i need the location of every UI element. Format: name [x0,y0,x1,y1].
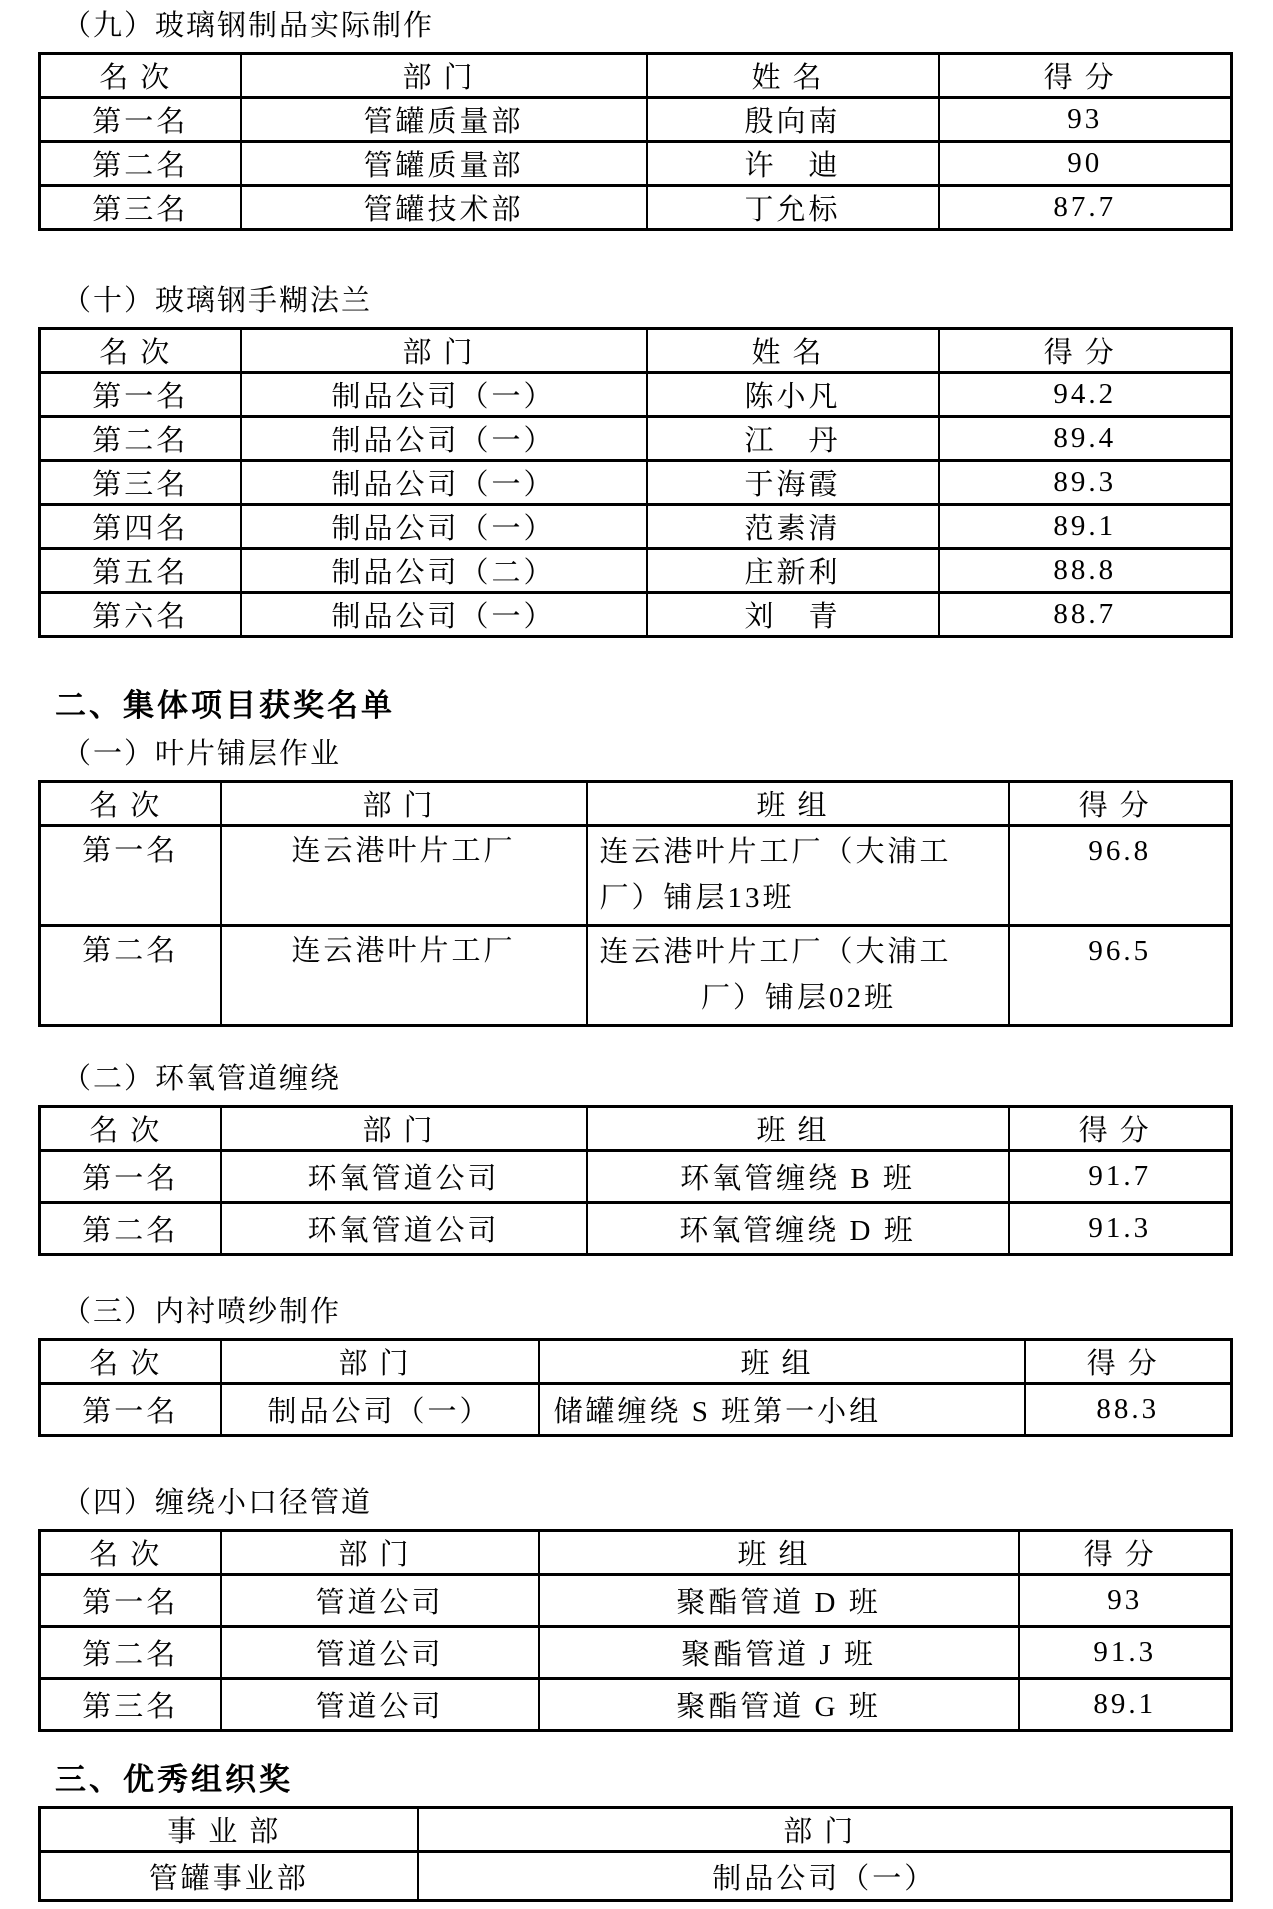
section-c3-title: （三）内衬喷纱制作 [62,1294,1273,1330]
cell-dept: 制品公司（一） [418,1852,1232,1901]
section-c4-title: （四）缠绕小口径管道 [62,1485,1273,1521]
cell-rank: 第一名 [40,373,241,417]
cell-dept: 管罐技术部 [241,186,647,230]
cell-score: 89.1 [1019,1679,1232,1731]
cell-dept: 制品公司（一） [241,417,647,461]
group-line: 连云港叶片工厂（大浦工 [600,829,998,875]
collective-awards-heading: 二、集体项目获奖名单 [55,686,1273,726]
table-row: 第三名 管道公司 聚酯管道 G 班 89.1 [40,1679,1232,1731]
column-header-score: 得分 [939,329,1232,373]
table-row: 第一名 连云港叶片工厂 连云港叶片工厂（大浦工 厂）铺层13班 96.8 [40,826,1232,926]
cell-dept: 制品公司（一） [241,593,647,637]
table-header-row: 名次 部门 姓名 得分 [40,329,1232,373]
table-blade-layup: 名次 部门 班组 得分 第一名 连云港叶片工厂 连云港叶片工厂（大浦工 厂）铺层… [38,780,1233,1027]
column-header-dept: 部门 [221,1531,539,1575]
table-row: 第三名 制品公司（一） 于海霞 89.3 [40,461,1232,505]
cell-rank: 第二名 [40,142,241,186]
column-header-score: 得分 [1019,1531,1232,1575]
column-header-score: 得分 [1025,1340,1232,1384]
cell-score: 89.4 [939,417,1232,461]
cell-rank: 第一名 [40,1151,221,1203]
cell-name: 陈小凡 [647,373,939,417]
cell-rank: 第四名 [40,505,241,549]
column-header-group: 班组 [587,1107,1009,1151]
table-epoxy-pipe-winding: 名次 部门 班组 得分 第一名 环氧管道公司 环氧管缠绕 B 班 91.7 第二… [38,1105,1233,1256]
cell-rank: 第二名 [40,1627,221,1679]
cell-score: 88.3 [1025,1384,1232,1436]
cell-dept: 制品公司（一） [241,461,647,505]
cell-group: 环氧管缠绕 B 班 [587,1151,1009,1203]
table-row: 第五名 制品公司（二） 庄新利 88.8 [40,549,1232,593]
table-frp-product-making: 名次 部门 姓名 得分 第一名 管罐质量部 殷向南 93 第二名 管罐质量部 许… [38,52,1233,231]
column-header-score: 得分 [939,54,1232,98]
cell-rank: 第二名 [40,417,241,461]
document-page: （九）玻璃钢制品实际制作 名次 部门 姓名 得分 第一名 管罐质量部 殷向南 9… [0,0,1273,1902]
cell-rank: 第五名 [40,549,241,593]
column-header-dept: 部门 [221,1107,587,1151]
organization-award-heading: 三、优秀组织奖 [55,1760,1273,1800]
column-header-rank: 名次 [40,782,221,826]
table-lining-spray: 名次 部门 班组 得分 第一名 制品公司（一） 储罐缠绕 S 班第一小组 88.… [38,1338,1233,1437]
cell-group: 聚酯管道 J 班 [539,1627,1019,1679]
table-row: 第二名 管道公司 聚酯管道 J 班 91.3 [40,1627,1232,1679]
table-row: 管罐事业部 制品公司（一） [40,1852,1232,1901]
table-row: 第一名 制品公司（一） 储罐缠绕 S 班第一小组 88.3 [40,1384,1232,1436]
cell-division: 管罐事业部 [40,1852,418,1901]
cell-name: 许 迪 [647,142,939,186]
cell-rank: 第一名 [40,1575,221,1627]
column-header-score: 得分 [1009,782,1232,826]
cell-rank: 第三名 [40,186,241,230]
column-header-dept: 部门 [221,782,587,826]
column-header-dept: 部门 [221,1340,539,1384]
table-row: 第四名 制品公司（一） 范素清 89.1 [40,505,1232,549]
column-header-name: 姓名 [647,54,939,98]
cell-score: 87.7 [939,186,1232,230]
cell-rank: 第六名 [40,593,241,637]
column-header-score: 得分 [1009,1107,1232,1151]
cell-group: 储罐缠绕 S 班第一小组 [539,1384,1025,1436]
table-header-row: 名次 部门 班组 得分 [40,782,1232,826]
table-header-row: 名次 部门 班组 得分 [40,1531,1232,1575]
table-row: 第一名 管道公司 聚酯管道 D 班 93 [40,1575,1232,1627]
table-header-row: 名次 部门 班组 得分 [40,1107,1232,1151]
column-header-rank: 名次 [40,1107,221,1151]
cell-score: 96.5 [1009,926,1232,1026]
cell-name: 范素清 [647,505,939,549]
section-c2-title: （二）环氧管道缠绕 [62,1061,1273,1097]
cell-rank: 第一名 [40,1384,221,1436]
section-10-title: （十）玻璃钢手糊法兰 [62,283,1273,319]
table-row: 第二名 制品公司（一） 江 丹 89.4 [40,417,1232,461]
column-header-name: 姓名 [647,329,939,373]
column-header-rank: 名次 [40,54,241,98]
cell-rank: 第二名 [40,926,221,1026]
cell-rank: 第一名 [40,98,241,142]
column-header-group: 班组 [587,782,1009,826]
cell-name: 庄新利 [647,549,939,593]
cell-score: 96.8 [1009,826,1232,926]
column-header-dept: 部门 [241,329,647,373]
cell-score: 94.2 [939,373,1232,417]
table-row: 第一名 管罐质量部 殷向南 93 [40,98,1232,142]
table-row: 第三名 管罐技术部 丁允标 87.7 [40,186,1232,230]
table-row: 第二名 环氧管道公司 环氧管缠绕 D 班 91.3 [40,1203,1232,1255]
table-row: 第一名 环氧管道公司 环氧管缠绕 B 班 91.7 [40,1151,1232,1203]
table-row: 第六名 制品公司（一） 刘 青 88.7 [40,593,1232,637]
cell-rank: 第二名 [40,1203,221,1255]
table-row: 第一名 制品公司（一） 陈小凡 94.2 [40,373,1232,417]
cell-score: 90 [939,142,1232,186]
cell-dept: 连云港叶片工厂 [221,926,587,1026]
cell-group: 连云港叶片工厂（大浦工 厂）铺层13班 [587,826,1009,926]
cell-dept: 管罐质量部 [241,142,647,186]
cell-dept: 管罐质量部 [241,98,647,142]
column-header-rank: 名次 [40,1340,221,1384]
cell-dept: 环氧管道公司 [221,1151,587,1203]
cell-score: 88.8 [939,549,1232,593]
cell-dept: 环氧管道公司 [221,1203,587,1255]
cell-dept: 管道公司 [221,1679,539,1731]
cell-rank: 第三名 [40,461,241,505]
cell-score: 89.1 [939,505,1232,549]
cell-name: 丁允标 [647,186,939,230]
group-line: 厂）铺层02班 [600,975,998,1021]
cell-score: 91.3 [1009,1203,1232,1255]
cell-dept: 连云港叶片工厂 [221,826,587,926]
cell-name: 刘 青 [647,593,939,637]
table-frp-hand-layup-flange: 名次 部门 姓名 得分 第一名 制品公司（一） 陈小凡 94.2 第二名 制品公… [38,327,1233,638]
cell-dept: 制品公司（一） [241,505,647,549]
table-header-row: 名次 部门 班组 得分 [40,1340,1232,1384]
cell-score: 88.7 [939,593,1232,637]
cell-score: 93 [1019,1575,1232,1627]
cell-group: 连云港叶片工厂（大浦工 厂）铺层02班 [587,926,1009,1026]
table-small-diameter-pipe-winding: 名次 部门 班组 得分 第一名 管道公司 聚酯管道 D 班 93 第二名 管道公… [38,1529,1233,1732]
cell-dept: 管道公司 [221,1575,539,1627]
cell-score: 91.7 [1009,1151,1232,1203]
table-header-row: 名次 部门 姓名 得分 [40,54,1232,98]
cell-name: 殷向南 [647,98,939,142]
cell-name: 于海霞 [647,461,939,505]
column-header-dept: 部门 [241,54,647,98]
cell-group: 环氧管缠绕 D 班 [587,1203,1009,1255]
table-organization-award: 事业部 部门 管罐事业部 制品公司（一） [38,1806,1233,1902]
cell-dept: 制品公司（一） [221,1384,539,1436]
column-header-dept: 部门 [418,1808,1232,1852]
cell-score: 89.3 [939,461,1232,505]
column-header-group: 班组 [539,1340,1025,1384]
table-row: 第二名 连云港叶片工厂 连云港叶片工厂（大浦工 厂）铺层02班 96.5 [40,926,1232,1026]
cell-rank: 第三名 [40,1679,221,1731]
column-header-rank: 名次 [40,1531,221,1575]
cell-score: 91.3 [1019,1627,1232,1679]
cell-rank: 第一名 [40,826,221,926]
cell-score: 93 [939,98,1232,142]
table-row: 第二名 管罐质量部 许 迪 90 [40,142,1232,186]
group-line: 厂）铺层13班 [600,875,998,921]
section-9-title: （九）玻璃钢制品实际制作 [62,8,1273,44]
cell-dept: 制品公司（一） [241,373,647,417]
table-header-row: 事业部 部门 [40,1808,1232,1852]
cell-group: 聚酯管道 G 班 [539,1679,1019,1731]
column-header-rank: 名次 [40,329,241,373]
section-c1-title: （一）叶片铺层作业 [62,736,1273,772]
column-header-division: 事业部 [40,1808,418,1852]
column-header-group: 班组 [539,1531,1019,1575]
cell-name: 江 丹 [647,417,939,461]
cell-dept: 制品公司（二） [241,549,647,593]
group-line: 连云港叶片工厂（大浦工 [600,929,998,975]
cell-group: 聚酯管道 D 班 [539,1575,1019,1627]
cell-dept: 管道公司 [221,1627,539,1679]
